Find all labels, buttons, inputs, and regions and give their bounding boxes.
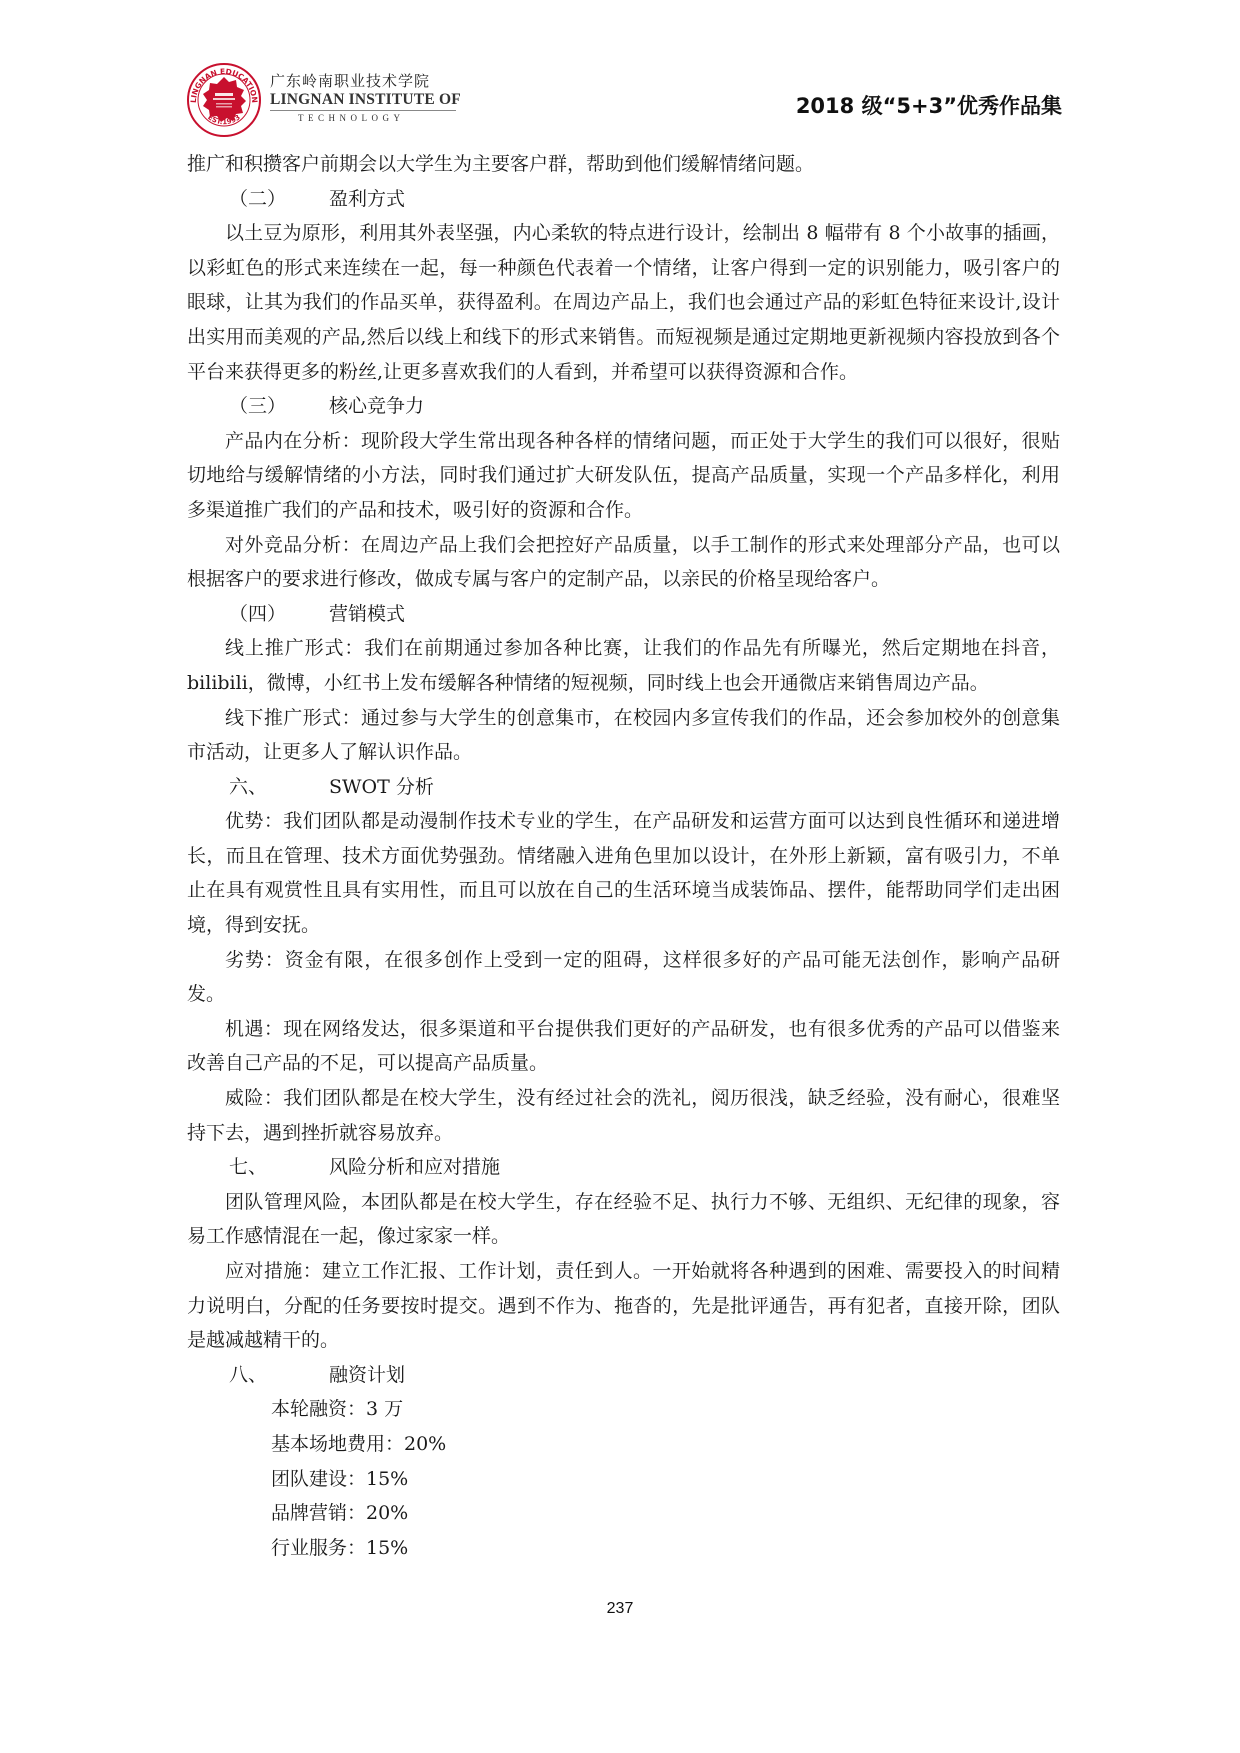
header-divider [270, 110, 456, 111]
collection-title: 2018 级“5+3”优秀作品集 [796, 90, 1062, 120]
financing-item: 团队建设：15% [187, 1462, 1060, 1497]
section-heading-financing: 八、 融资计划 [187, 1358, 1060, 1393]
heading-title: 营销模式 [329, 597, 405, 632]
heading-title: 风险分析和应对措施 [329, 1150, 500, 1185]
paragraph: 产品内在分析：现阶段大学生常出现各种各样的情绪问题，而正处于大学生的我们可以很好… [187, 424, 1060, 528]
paragraph: 线上推广形式：我们在前期通过参加各种比赛，让我们的作品先有所曝光，然后定期地在抖… [187, 631, 1060, 700]
paragraph: 推广和积攒客户前期会以大学生为主要客户群，帮助到他们缓解情绪问题。 [187, 147, 1060, 182]
school-name-cn: 广东岭南职业技术学院 [270, 70, 430, 91]
heading-number: （三） [229, 389, 329, 424]
paragraph: 以土豆为原形，利用其外表坚强，内心柔软的特点进行设计，绘制出 8 幅带有 8 个… [187, 216, 1060, 389]
paragraph: 团队管理风险，本团队都是在校大学生，存在经验不足、执行力不够、无组织、无纪律的现… [187, 1185, 1060, 1254]
page-header: LINGNAN EDUCATION EST.1993 广东岭南职业技术学院 LI… [0, 0, 1240, 140]
heading-number: 七、 [229, 1150, 329, 1185]
paragraph: 优势：我们团队都是动漫制作技术专业的学生，在产品研发和运营方面可以达到良性循环和… [187, 804, 1060, 942]
heading-title: 融资计划 [329, 1358, 405, 1393]
school-logo-icon: LINGNAN EDUCATION EST.1993 [186, 62, 262, 138]
section-heading-swot: 六、 SWOT 分析 [187, 770, 1060, 805]
paragraph: 劣势：资金有限，在很多创作上受到一定的阻碍，这样很多好的产品可能无法创作，影响产… [187, 943, 1060, 1012]
heading-number: （四） [229, 597, 329, 632]
heading-number: 六、 [229, 770, 329, 805]
financing-item: 品牌营销：20% [187, 1496, 1060, 1531]
school-name-en: LINGNAN INSTITUTE OF [270, 91, 461, 109]
financing-item: 行业服务：15% [187, 1531, 1060, 1566]
heading-number: （二） [229, 182, 329, 217]
paragraph: 线下推广形式：通过参与大学生的创意集市，在校园内多宣传我们的作品，还会参加校外的… [187, 701, 1060, 770]
section-heading-core: （三） 核心竞争力 [187, 389, 1060, 424]
heading-title: SWOT 分析 [329, 770, 434, 805]
section-heading-risk: 七、 风险分析和应对措施 [187, 1150, 1060, 1185]
section-heading-marketing: （四） 营销模式 [187, 597, 1060, 632]
heading-number: 八、 [229, 1358, 329, 1393]
financing-item: 基本场地费用：20% [187, 1427, 1060, 1462]
heading-title: 核心竞争力 [329, 389, 424, 424]
school-name-en-sub: TECHNOLOGY [298, 113, 405, 123]
heading-title: 盈利方式 [329, 182, 405, 217]
paragraph: 对外竞品分析：在周边产品上我们会把控好产品质量，以手工制作的形式来处理部分产品，… [187, 528, 1060, 597]
paragraph: 应对措施：建立工作汇报、工作计划，责任到人。一开始就将各种遇到的困难、需要投入的… [187, 1254, 1060, 1358]
page-number: 237 [0, 1600, 1240, 1618]
document-body: 推广和积攒客户前期会以大学生为主要客户群，帮助到他们缓解情绪问题。 （二） 盈利… [187, 147, 1060, 1565]
section-heading-profit: （二） 盈利方式 [187, 182, 1060, 217]
paragraph: 机遇：现在网络发达，很多渠道和平台提供我们更好的产品研发，也有很多优秀的产品可以… [187, 1012, 1060, 1081]
financing-item: 本轮融资：3 万 [187, 1392, 1060, 1427]
paragraph: 威险：我们团队都是在校大学生，没有经过社会的洗礼，阅历很浅，缺乏经验，没有耐心，… [187, 1081, 1060, 1150]
